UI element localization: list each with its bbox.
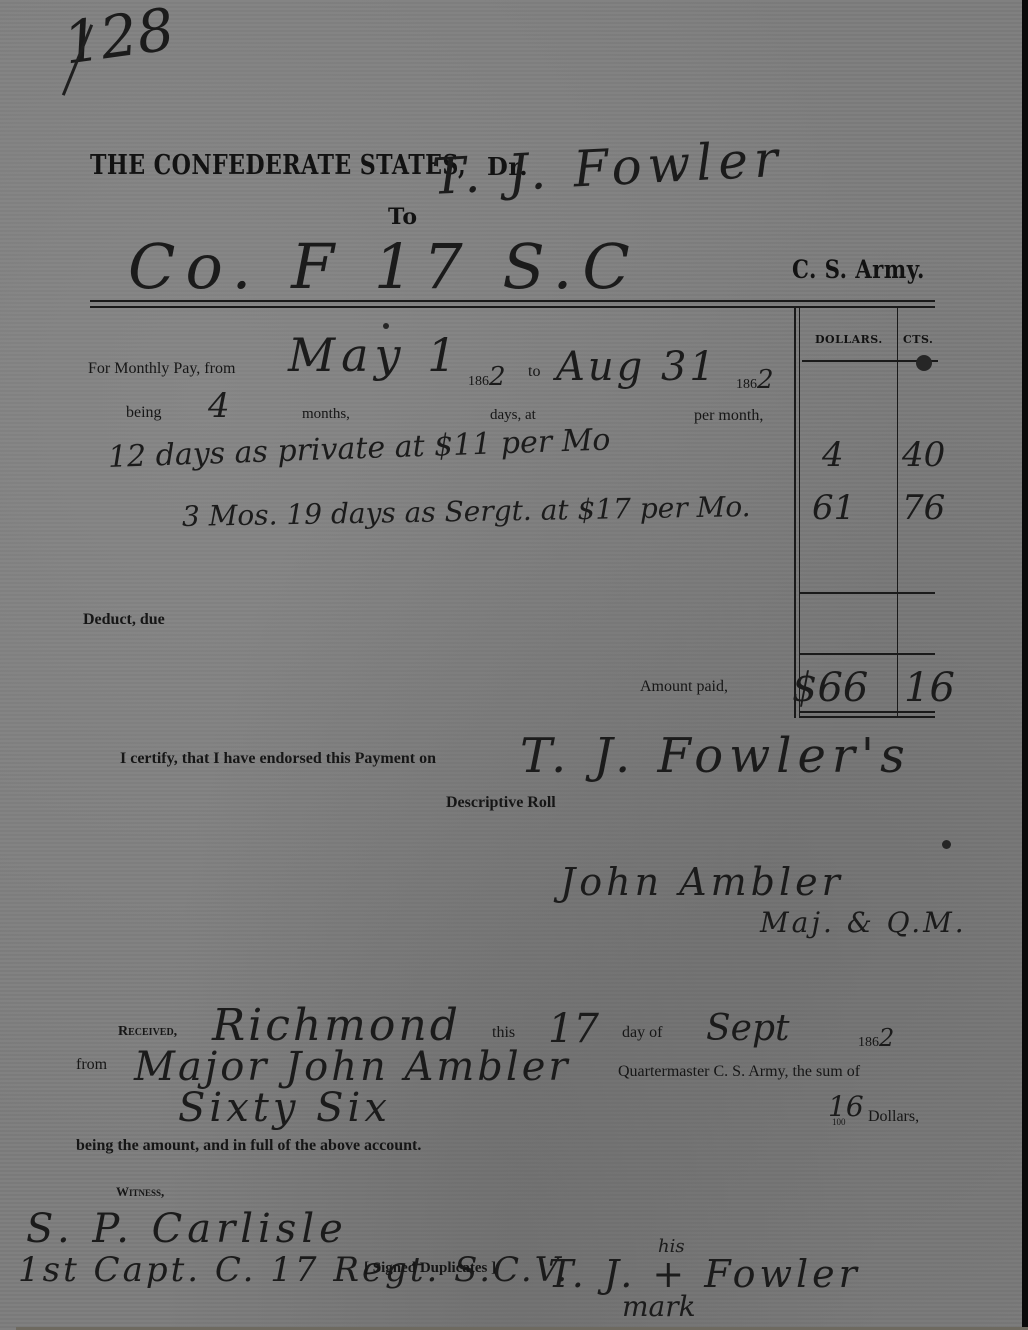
being-label: being xyxy=(126,404,162,422)
cents-denominator: 100 xyxy=(832,1117,846,1127)
ledger-entry-cents: 40 xyxy=(902,435,945,475)
signer-name: T. J. + Fowler xyxy=(548,1252,861,1296)
officer-title: Maj. & Q.M. xyxy=(760,906,967,939)
this-label: this xyxy=(492,1024,515,1042)
to-label: to xyxy=(528,363,540,381)
deduct-label: Deduct, due xyxy=(83,611,165,629)
ink-spot xyxy=(942,840,951,849)
amount-paid-label: Amount paid, xyxy=(640,678,728,696)
page-edge-shadow xyxy=(1022,0,1028,1330)
descriptive-roll-label: Descriptive Roll xyxy=(446,794,556,812)
pay-period-label: For Monthly Pay, from xyxy=(88,360,235,378)
ledger-header-cents: CTS. xyxy=(903,333,933,346)
receipt-year: 1862 xyxy=(858,1024,894,1052)
witness-label: Witness, xyxy=(116,1184,164,1200)
per-month-label: per month, xyxy=(694,407,763,425)
year-1: 1862 xyxy=(468,362,506,392)
ledger-entry-dollars: 4 xyxy=(822,435,844,475)
receipt-month: Sept xyxy=(706,1008,789,1049)
ink-spot xyxy=(916,355,932,371)
sum-words: Sixty Six xyxy=(178,1085,391,1131)
certification-text: I certify, that I have endorsed this Pay… xyxy=(120,750,436,768)
ledger-column-divider xyxy=(897,308,898,718)
ledger-left-border-1 xyxy=(794,308,796,718)
year-2: 1862 xyxy=(736,365,774,395)
from-date: May 1 xyxy=(288,328,462,382)
ledger-subtotal-rule xyxy=(800,592,935,594)
folio-number: 128 xyxy=(59,0,178,78)
payee-name: T. J. Fowler xyxy=(430,130,785,206)
ledger-entry-description: 12 days as private at $11 per Mo xyxy=(107,422,611,475)
ledger-left-border-2 xyxy=(799,308,800,718)
amount-paid-double-rule-1 xyxy=(800,711,935,713)
officer-signature: John Ambler xyxy=(560,860,844,904)
months-label: months, xyxy=(302,406,350,423)
ledger-entry-description: 3 Mos. 19 days as Sergt. at $17 per Mo. xyxy=(182,490,751,533)
to-date: Aug 31 xyxy=(556,344,718,390)
days-at-label: days, at xyxy=(490,407,536,424)
company-designation: Co. F 17 S.C xyxy=(128,230,640,303)
day-of-label: day of xyxy=(622,1024,662,1042)
received-label: Received, xyxy=(118,1024,177,1040)
account-text: being the amount, and in full of the abo… xyxy=(76,1137,421,1155)
amount-paid-dollars: $66 xyxy=(792,665,868,711)
quartermaster-label: Quartermaster C. S. Army, the sum of xyxy=(618,1063,860,1081)
months-value: 4 xyxy=(208,386,230,426)
header-rule-top xyxy=(90,300,935,302)
from-name: Major John Ambler xyxy=(134,1044,571,1090)
ledger-header-dollars: DOLLARS. xyxy=(815,333,883,346)
signed-duplicates-label: [ Signed Duplicates ] xyxy=(364,1260,496,1277)
title-text: THE CONFEDERATE STATES, xyxy=(90,150,466,181)
ledger-entry-dollars: 61 xyxy=(812,488,855,528)
dollars-label: Dollars, xyxy=(868,1108,919,1126)
army-label: C. S. Army. xyxy=(792,255,948,284)
endorsed-name: T. J. Fowler's xyxy=(520,728,911,784)
ledger-total-rule xyxy=(800,653,935,655)
ledger-entry-cents: 76 xyxy=(902,488,945,528)
amount-paid-double-rule-2 xyxy=(800,716,935,718)
witness-name: S. P. Carlisle xyxy=(26,1206,348,1252)
to-label: To xyxy=(388,204,418,230)
from-label: from xyxy=(76,1056,107,1074)
mark-label: mark xyxy=(622,1290,696,1323)
ink-spot xyxy=(383,323,389,329)
amount-paid-cents: 16 xyxy=(904,665,955,711)
header-rule-bottom xyxy=(90,306,935,308)
